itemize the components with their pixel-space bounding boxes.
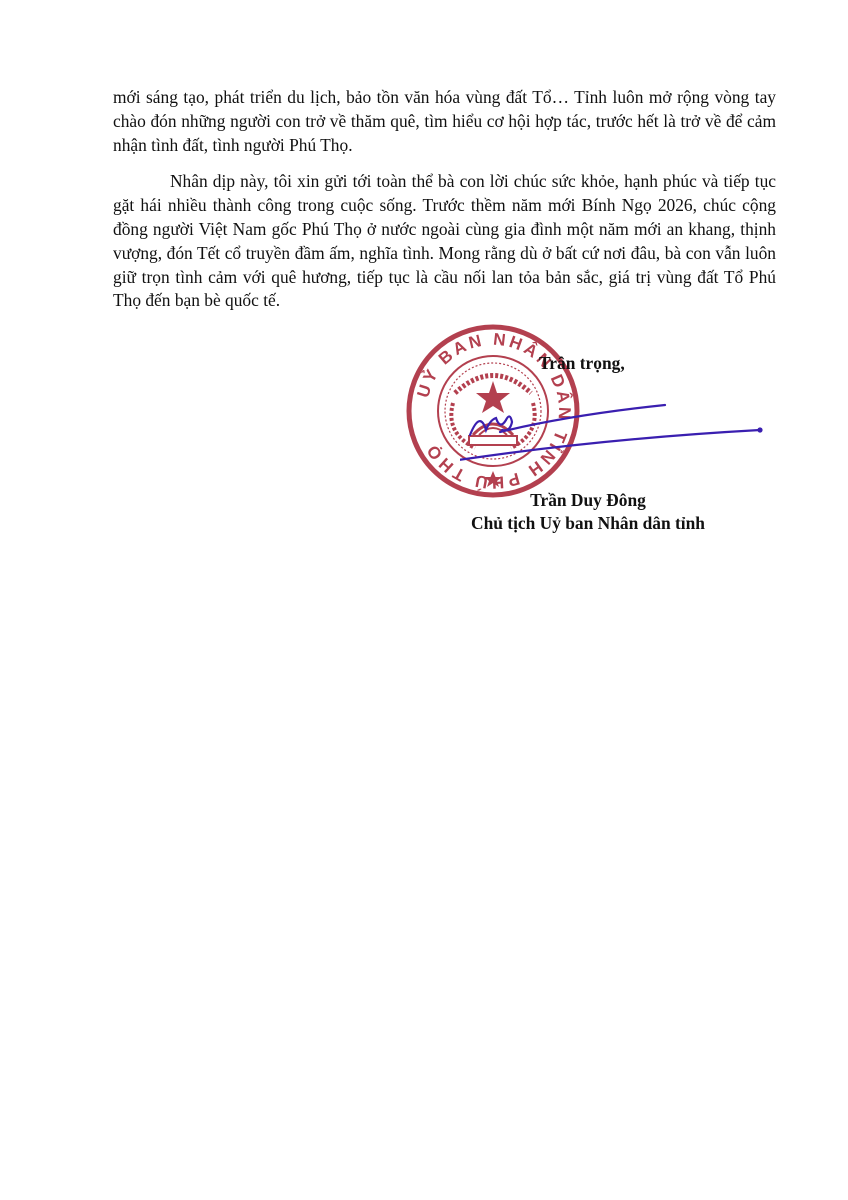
closing-salutation: Trân trọng, <box>539 353 625 374</box>
paragraph-2: Nhân dịp này, tôi xin gửi tới toàn thể b… <box>113 170 776 313</box>
handwritten-signature-icon <box>460 400 770 470</box>
signer-title: Chủ tịch Uỷ ban Nhân dân tỉnh <box>430 513 746 534</box>
paragraph-1: mới sáng tạo, phát triển du lịch, bảo tồ… <box>113 86 776 157</box>
document-page: mới sáng tạo, phát triển du lịch, bảo tồ… <box>0 0 848 1200</box>
signer-name: Trần Duy Đông <box>430 490 746 511</box>
letter-body: mới sáng tạo, phát triển du lịch, bảo tồ… <box>113 86 776 313</box>
